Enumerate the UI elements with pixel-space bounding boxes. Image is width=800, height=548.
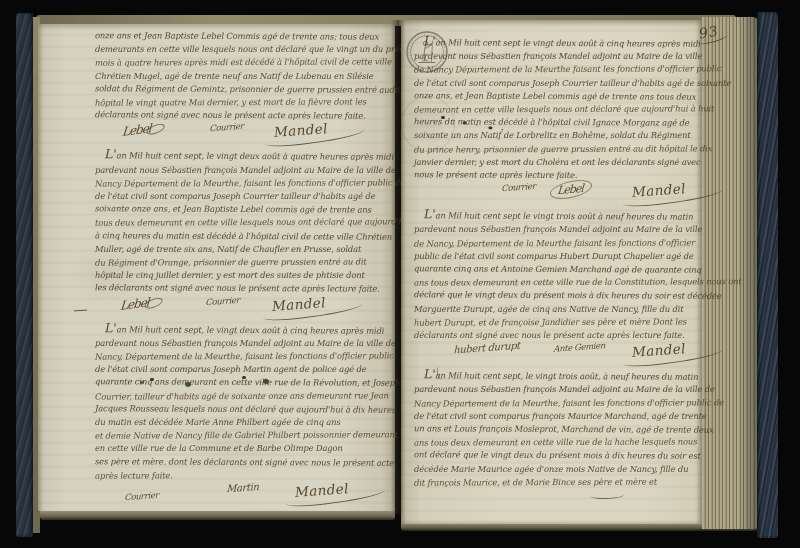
handwritten-line: L'an Mil huit cent sept, le vingt deux a… xyxy=(95,321,395,338)
handwritten-line: et demie Native de Nancy fille de Gabrie… xyxy=(95,429,395,444)
end-of-page-dash xyxy=(590,492,624,500)
handwritten-line: du Régiment d'Orange, prisonnier de guer… xyxy=(95,255,395,270)
left-page: onze ans et Jean Baptiste Lebel Commis a… xyxy=(38,24,395,511)
signature-gemien: Ante Gemien xyxy=(554,341,606,355)
page-stack-fore-edge xyxy=(702,17,758,529)
handwritten-line: de l'état civil sont comparus Joseph Cou… xyxy=(414,77,702,90)
handwritten-line: de l'état civil sont comparus françois M… xyxy=(414,410,702,423)
handwritten-line: pardevant nous Sébastien françois Mandel… xyxy=(414,223,702,236)
handwritten-line: déclarants ont signé avec nous le présen… xyxy=(95,108,395,123)
handwritten-line: après lecture faite. xyxy=(95,468,395,483)
handwritten-line: tous deux demeurant en cette ville lesqu… xyxy=(95,216,395,231)
signature-courrier: Courrier xyxy=(125,491,159,503)
handwritten-line: mois à quatre heures après midi est décé… xyxy=(95,56,395,71)
signature-row: Courrier Martin Mandel xyxy=(95,483,395,517)
signature-row: Lebel Courrier Mandel xyxy=(95,297,395,320)
handwritten-line: janvier dernier, y est mort du Choléra e… xyxy=(414,156,702,169)
handwritten-line: onze ans et Jean Baptiste Lebel Commis a… xyxy=(95,29,395,44)
signature-courrier: Courrier xyxy=(205,295,239,307)
signature-mandel: Mandel xyxy=(271,295,326,315)
handwritten-line: L'an Mil huit cent sept, le vingt deux a… xyxy=(95,148,395,165)
handwritten-line: L'an Mil huit cent sept le vingt trois a… xyxy=(414,207,702,224)
handwritten-line: Courrier, tailleur d'habits agé de soixa… xyxy=(95,389,395,404)
handwritten-line: L'an Mil huit cent sept, le vingt trois … xyxy=(414,368,702,385)
signature-row: Courrier Lebel Mandel xyxy=(414,183,702,206)
death-act-morganz: L'an Mil huit cent sept le vingt deux ao… xyxy=(414,35,702,206)
handwritten-line: déclarants ont signé avec nous le présen… xyxy=(414,329,702,342)
handwritten-line: pardevant nous Sébastien françois Mandel… xyxy=(414,383,702,396)
signature-mandel: Mandel xyxy=(631,181,686,201)
handwritten-line: les déclarants ont signé avec nous le pr… xyxy=(95,282,395,297)
handwritten-line: déclaré que le vingt deux du présent moi… xyxy=(414,289,702,304)
left-page-text: onze ans et Jean Baptiste Lebel Commis a… xyxy=(95,30,395,519)
handwritten-line: ses père et mère. dont les déclarants on… xyxy=(95,455,395,470)
photo-background: onze ans et Jean Baptiste Lebel Commis a… xyxy=(0,0,800,548)
handwritten-line: décédée Marie Maurice agée d'onze mois N… xyxy=(414,463,702,476)
handwritten-line: du matin est décédée Marie Anne Philbert… xyxy=(95,416,395,429)
signature-courrier: Courrier xyxy=(502,182,536,194)
handwritten-line: pardevant nous Sébastien françois Mandel… xyxy=(95,337,395,350)
handwritten-line: hubert Durupt, et de françoise Jandidier… xyxy=(414,315,702,329)
handwritten-line: Chrétien Mugel, agé de trente neuf ans N… xyxy=(95,70,395,83)
death-act-maurice: L'an Mil huit cent sept, le vingt trois … xyxy=(414,368,702,499)
book-cover-left-edge xyxy=(16,13,33,537)
handwritten-line: Nancy Département de la Meurthe, faisant… xyxy=(414,396,702,410)
signature-mandel: Mandel xyxy=(295,481,350,501)
handwritten-line: de l'état civil sont comparus Joseph Cou… xyxy=(95,190,395,203)
signature-courrier: Courrier xyxy=(209,122,243,134)
handwritten-line: du prince henry, prisonnier de guerre pr… xyxy=(414,142,702,156)
signature-lebel: Lebel xyxy=(122,122,152,140)
book-gutter-shadow xyxy=(391,20,404,514)
book-cover-right-edge xyxy=(757,12,778,538)
handwritten-line: heures du matin est décédé à l'hôpital c… xyxy=(414,115,702,130)
handwritten-line: dit françois Maurice, et de Marie Bince … xyxy=(414,475,702,489)
handwritten-line: de Nancy, Département de la Meurthe fais… xyxy=(414,236,702,250)
signature-lebel: Lebel xyxy=(120,295,150,313)
signature-row: Lebel Courrier Mandel xyxy=(95,123,395,146)
handwritten-line: nous le présent acte après lecture faite… xyxy=(414,168,702,183)
death-act-philbert: L'an Mil huit cent sept, le vingt deux a… xyxy=(95,322,395,517)
signature-mandel: Mandel xyxy=(273,122,328,142)
handwritten-line: demeurants en cette ville lesquels nous … xyxy=(95,43,395,56)
death-act-durupt: L'an Mil huit cent sept le vingt trois a… xyxy=(414,208,702,366)
handwritten-line: ont déclaré que le vingt deux du présent… xyxy=(414,449,702,464)
handwritten-line: soixante un ans Natif de Lorbrelitz en B… xyxy=(414,129,702,142)
signature-martin: Martin xyxy=(226,482,259,495)
page-number: 93 xyxy=(698,23,720,42)
handwritten-line: pardevant nous Sébastien françois Mandel… xyxy=(95,164,395,177)
death-act-continuation: onze ans et Jean Baptiste Lebel Commis a… xyxy=(95,30,395,146)
death-act-muller: L'an Mil huit cent sept, le vingt deux a… xyxy=(95,148,395,319)
handwritten-line: Nancy Département de la Meurthe, faisant… xyxy=(95,176,395,191)
signature-mandel: Mandel xyxy=(631,341,686,361)
handwritten-line: Jacques Rousseau lesquels nous ont décla… xyxy=(95,402,395,417)
signature-hubert-durupt: hubert durupt xyxy=(454,341,521,357)
signature-lebel: Lebel xyxy=(557,182,584,197)
handwritten-line: en cette ville rue de la Commune et de B… xyxy=(95,442,395,455)
handwritten-line: quarante cinq ans demeurant en cette vil… xyxy=(95,376,395,391)
handwritten-line: Marguerite Durupt, agée de cinq ans Nati… xyxy=(414,303,702,316)
handwritten-line: Nancy, Département de la Meurthe, faisan… xyxy=(95,349,395,364)
signature-row: hubert durupt Ante Gemien Mandel xyxy=(414,343,702,366)
handwritten-line: public de l'état civil sont comparus Hub… xyxy=(414,250,702,263)
handwritten-line: de Nancy Département de la Meurthe faisa… xyxy=(414,63,702,77)
right-page-text: L'an Mil huit cent sept le vingt deux ao… xyxy=(414,35,702,499)
handwritten-line: L'an Mil huit cent sept le vingt deux ao… xyxy=(414,34,702,51)
margin-ink-dash xyxy=(74,310,87,312)
right-page: L'an Mil huit cent sept le vingt deux ao… xyxy=(401,20,702,524)
handwritten-line: pardevant nous Sébastien françois Mandel… xyxy=(414,50,702,63)
handwritten-line: Muller, agé de trente six ans, Natif de … xyxy=(95,243,395,256)
handwritten-line: à cinq heures du matin est décédé à l'hô… xyxy=(95,229,395,244)
